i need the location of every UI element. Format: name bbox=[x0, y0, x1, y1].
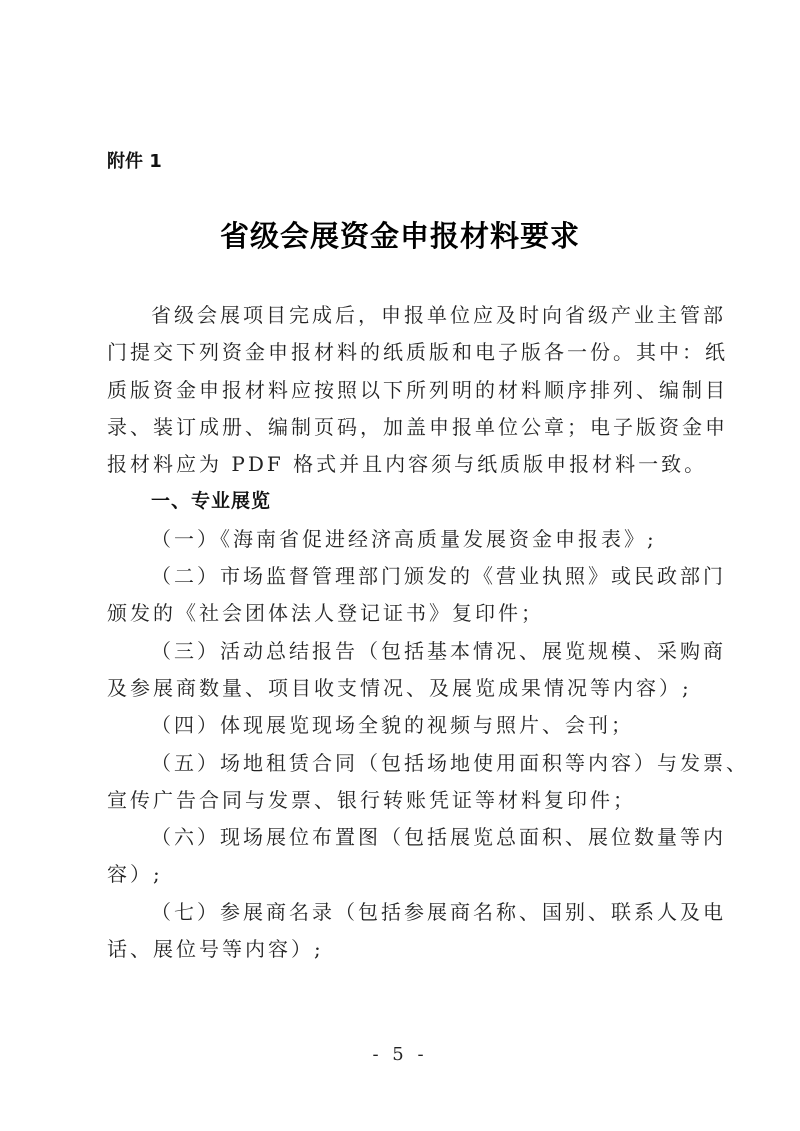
list-item-line: （三）活动总结报告（包括基本情况、展览规模、采购商 bbox=[107, 633, 693, 670]
list-item-line: （四）体现展览现场全貌的视频与照片、会刊； bbox=[107, 707, 693, 744]
document-body: 省级会展项目完成后，申报单位应及时向省级产业主管部 门提交下列资金申报材料的纸质… bbox=[107, 297, 693, 968]
paragraph-line: 报材料应为 PDF 格式并且内容须与纸质版申报材料一致。 bbox=[107, 446, 693, 483]
paragraph-line: 质版资金申报材料应按照以下所列明的材料顺序排列、编制目 bbox=[107, 372, 693, 409]
document-page: 附件 1 省级会展资金申报材料要求 省级会展项目完成后，申报单位应及时向省级产业… bbox=[0, 0, 800, 1131]
list-item-line: （五）场地租赁合同（包括场地使用面积等内容）与发票、 bbox=[107, 745, 693, 782]
page-number: - 5 - bbox=[0, 1044, 800, 1065]
list-item-line: 容）; bbox=[107, 856, 693, 893]
list-item-line: （二）市场监督管理部门颁发的《营业执照》或民政部门 bbox=[107, 558, 693, 595]
list-item-line: 及参展商数量、项目收支情况、及展览成果情况等内容）; bbox=[107, 670, 693, 707]
paragraph-line: 门提交下列资金申报材料的纸质版和电子版各一份。其中：纸 bbox=[107, 334, 693, 371]
list-item-line: 话、展位号等内容）; bbox=[107, 931, 693, 968]
document-title: 省级会展资金申报材料要求 bbox=[0, 216, 800, 256]
list-item-line: （一）《海南省促进经济高质量发展资金申报表》; bbox=[107, 521, 693, 558]
list-item-line: 宣传广告合同与发票、银行转账凭证等材料复印件； bbox=[107, 782, 693, 819]
paragraph-line: 录、装订成册、编制页码，加盖申报单位公章；电子版资金申 bbox=[107, 409, 693, 446]
list-item-line: （六）现场展位布置图（包括展览总面积、展位数量等内 bbox=[107, 819, 693, 856]
attachment-label: 附件 1 bbox=[107, 150, 162, 174]
list-item-line: 颁发的《社会团体法人登记证书》复印件； bbox=[107, 595, 693, 632]
list-item-line: （七）参展商名录（包括参展商名称、国别、联系人及电 bbox=[107, 894, 693, 931]
paragraph-line: 省级会展项目完成后，申报单位应及时向省级产业主管部 bbox=[107, 297, 693, 334]
section-heading: 一、专业展览 bbox=[107, 483, 693, 520]
